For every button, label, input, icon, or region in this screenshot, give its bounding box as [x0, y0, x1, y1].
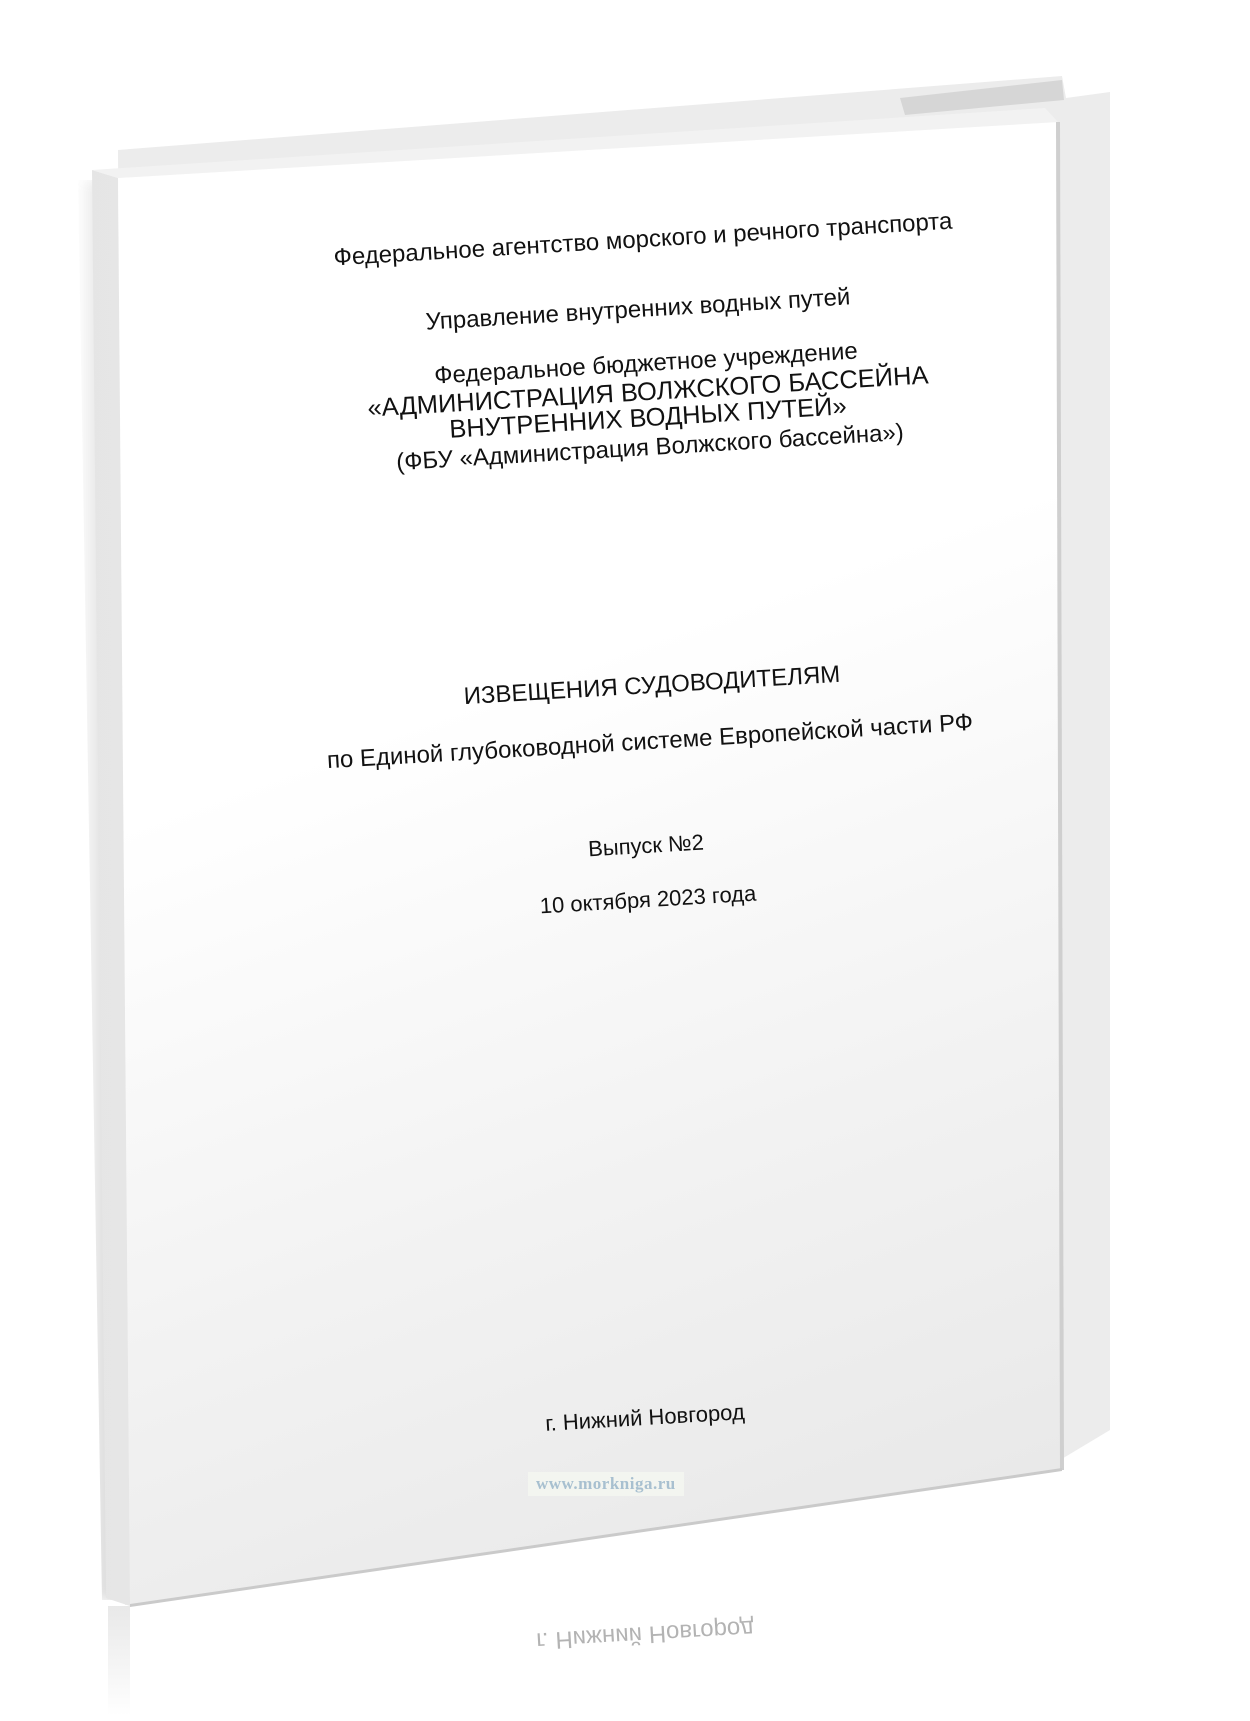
book-mockup: Федеральное агентство морского и речного…	[0, 0, 1250, 1721]
document-title: ИЗВЕЩЕНИЯ СУДОВОДИТЕЛЯМ	[463, 661, 841, 711]
agency-name: Федеральное агентство морского и речного…	[333, 208, 953, 273]
issue-number: Выпуск №2	[587, 830, 704, 863]
document-subtitle: по Единой глубоководной системе Европейс…	[326, 709, 974, 775]
issue-date: 10 октября 2023 года	[539, 881, 757, 920]
publication-city: г. Нижний Новгород	[545, 1399, 746, 1437]
cover-text: Федеральное агентство морского и речного…	[0, 0, 1250, 1721]
watermark-link: www.morkniga.ru	[528, 1472, 684, 1496]
department-name: Управление внутренних водных путей	[425, 283, 851, 336]
